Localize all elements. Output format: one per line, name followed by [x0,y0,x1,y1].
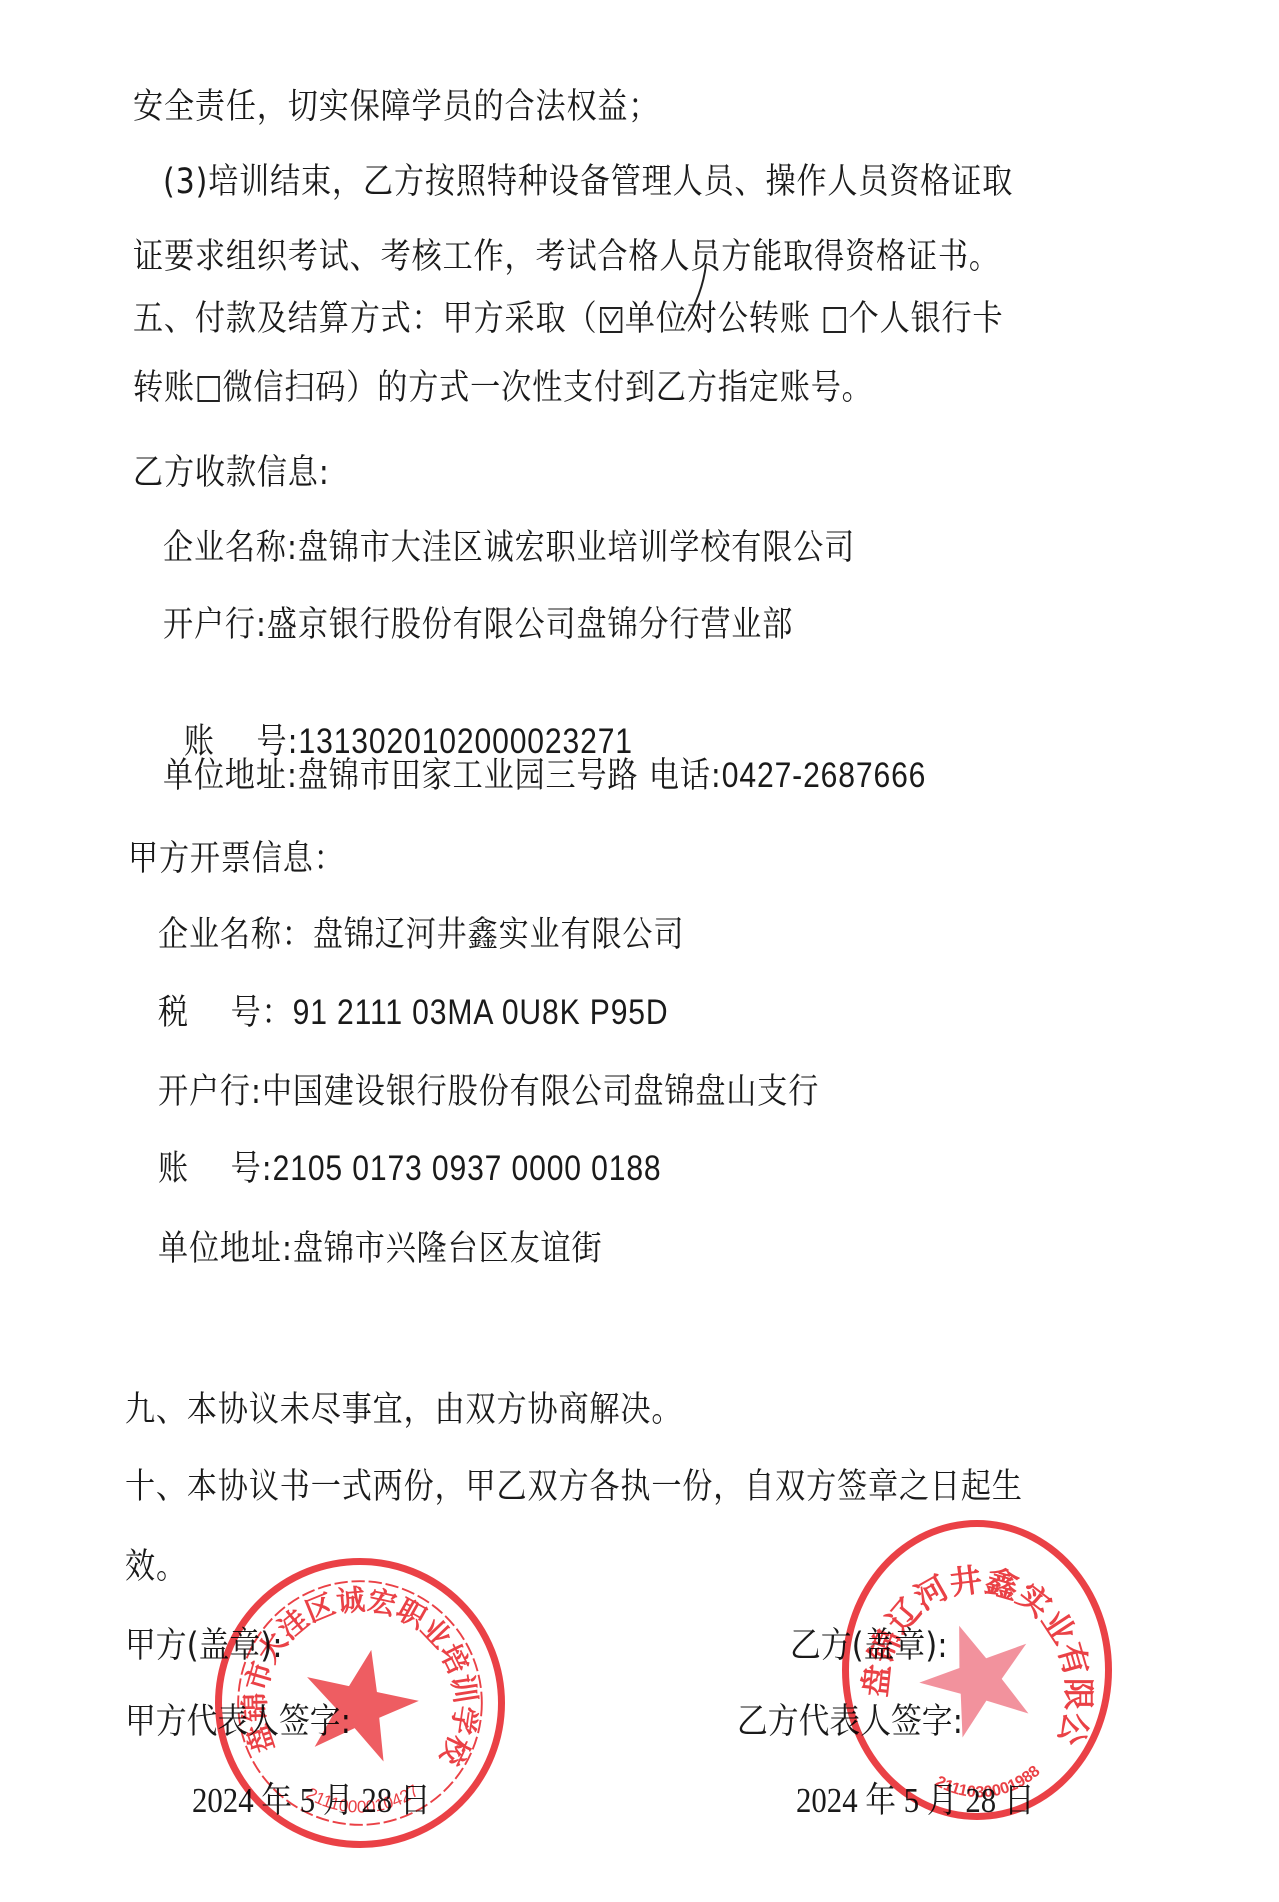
payee-company-label: 企业名称: [163,528,298,568]
invoice-address: 单位地址:盘锦市兴隆台区友谊街 [158,1229,602,1269]
payee-company-value: 盘锦市大洼区诚宏职业培训学校有限公司 [298,528,855,568]
invoice-address-value: 盘锦市兴隆台区友谊街 [293,1229,603,1269]
checkbox-company-transfer[interactable] [600,307,622,333]
checkmark-icon [603,311,618,327]
invoice-company: 企业名称：盘锦辽河井鑫实业有限公司 [158,915,684,955]
paragraph-payment-method: 五、付款及结算方式：甲方采取（单位对公转账 个人银行卡 [133,299,1003,339]
svg-text:2111030001988: 2111030001988 [933,1762,1044,1801]
paragraph-rights: 安全责任，切实保障学员的合法权益； [133,87,659,127]
company-seal-left: 盘锦市大洼区诚宏职业培训学校有限公司 2111000010427 [215,1558,505,1848]
payee-company: 企业名称:盘锦市大洼区诚宏职业培训学校有限公司 [163,528,855,568]
invoice-bank-value: 中国建设银行股份有限公司盘锦盘山支行 [262,1072,819,1112]
clause-nine: 九、本协议未尽事宜，由双方协商解决。 [125,1390,682,1430]
payee-address: 单位地址:盘锦市田家工业园三号路 电话:0427-2687666 [163,756,926,796]
clause-ten: 十、本协议书一式两份，甲乙双方各执一份，自双方签章之日起生 [125,1467,1023,1507]
invoice-company-label: 企业名称： [158,915,313,955]
checkbox-wechat-scan[interactable] [198,376,220,402]
payee-bank: 开户行:盛京银行股份有限公司盘锦分行营业部 [163,605,793,645]
svg-text:2111000010427: 2111000010427 [303,1780,422,1816]
invoice-account-value: 2105 0173 0937 0000 0188 [273,1149,662,1188]
option-wechat-scan-label: 微信扫码 [222,368,346,408]
paragraph-training-end: (3)培训结束，乙方按照特种设备管理人员、操作人员资格证取 [163,162,1013,202]
payment-method-suffix: ）的方式一次性支付到乙方指定账号。 [346,368,872,408]
invoice-tax-label: 税 号： [158,993,293,1033]
option-personal-card-label: 个人银行卡 [849,299,1004,339]
seal-star-icon: 盘锦辽河井鑫实业有限公司 2111030001988 [849,1527,1105,1813]
invoice-account-label: 账 号: [158,1149,273,1189]
invoice-account: 账 号:2105 0173 0937 0000 0188 [158,1149,662,1189]
payee-bank-label: 开户行: [163,605,267,645]
payee-info-heading: 乙方收款信息: [133,453,330,493]
paragraph-payment-method-cont: 转账微信扫码）的方式一次性支付到乙方指定账号。 [133,368,873,408]
invoice-info-heading: 甲方开票信息： [128,839,345,879]
clause-ten-cont: 效。 [125,1547,187,1587]
option-personal-card-label-cont: 转账 [133,368,195,408]
payee-address-value: 盘锦市田家工业园三号路 [298,756,639,796]
payment-method-prefix: 五、付款及结算方式：甲方采取（ [133,299,597,339]
checkbox-personal-card[interactable] [824,307,846,333]
paragraph-certificate: 证要求组织考试、考核工作，考试合格人员方能取得资格证书。 [133,237,1000,277]
invoice-tax-value: 91 2111 03MA 0U8K P95D [293,993,669,1032]
payee-phone-label: 电话: [649,756,722,796]
payee-address-label: 单位地址: [163,756,298,796]
option-company-transfer-label: 单位对公转账 [625,299,811,339]
invoice-tax-id: 税 号：91 2111 03MA 0U8K P95D [158,993,669,1033]
seal-star-icon: 盘锦市大洼区诚宏职业培训学校有限公司 2111000010427 [222,1565,498,1841]
company-seal-right: 盘锦辽河井鑫实业有限公司 2111030001988 [842,1520,1112,1820]
invoice-bank-label: 开户行: [158,1072,262,1112]
payee-bank-value: 盛京银行股份有限公司盘锦分行营业部 [267,605,793,645]
payee-phone-value: 0427-2687666 [722,756,926,795]
payee-account: 账 号:1313020102000023271 [163,682,633,762]
invoice-address-label: 单位地址: [158,1229,293,1269]
invoice-company-value: 盘锦辽河井鑫实业有限公司 [313,915,685,955]
invoice-bank: 开户行:中国建设银行股份有限公司盘锦盘山支行 [158,1072,819,1112]
